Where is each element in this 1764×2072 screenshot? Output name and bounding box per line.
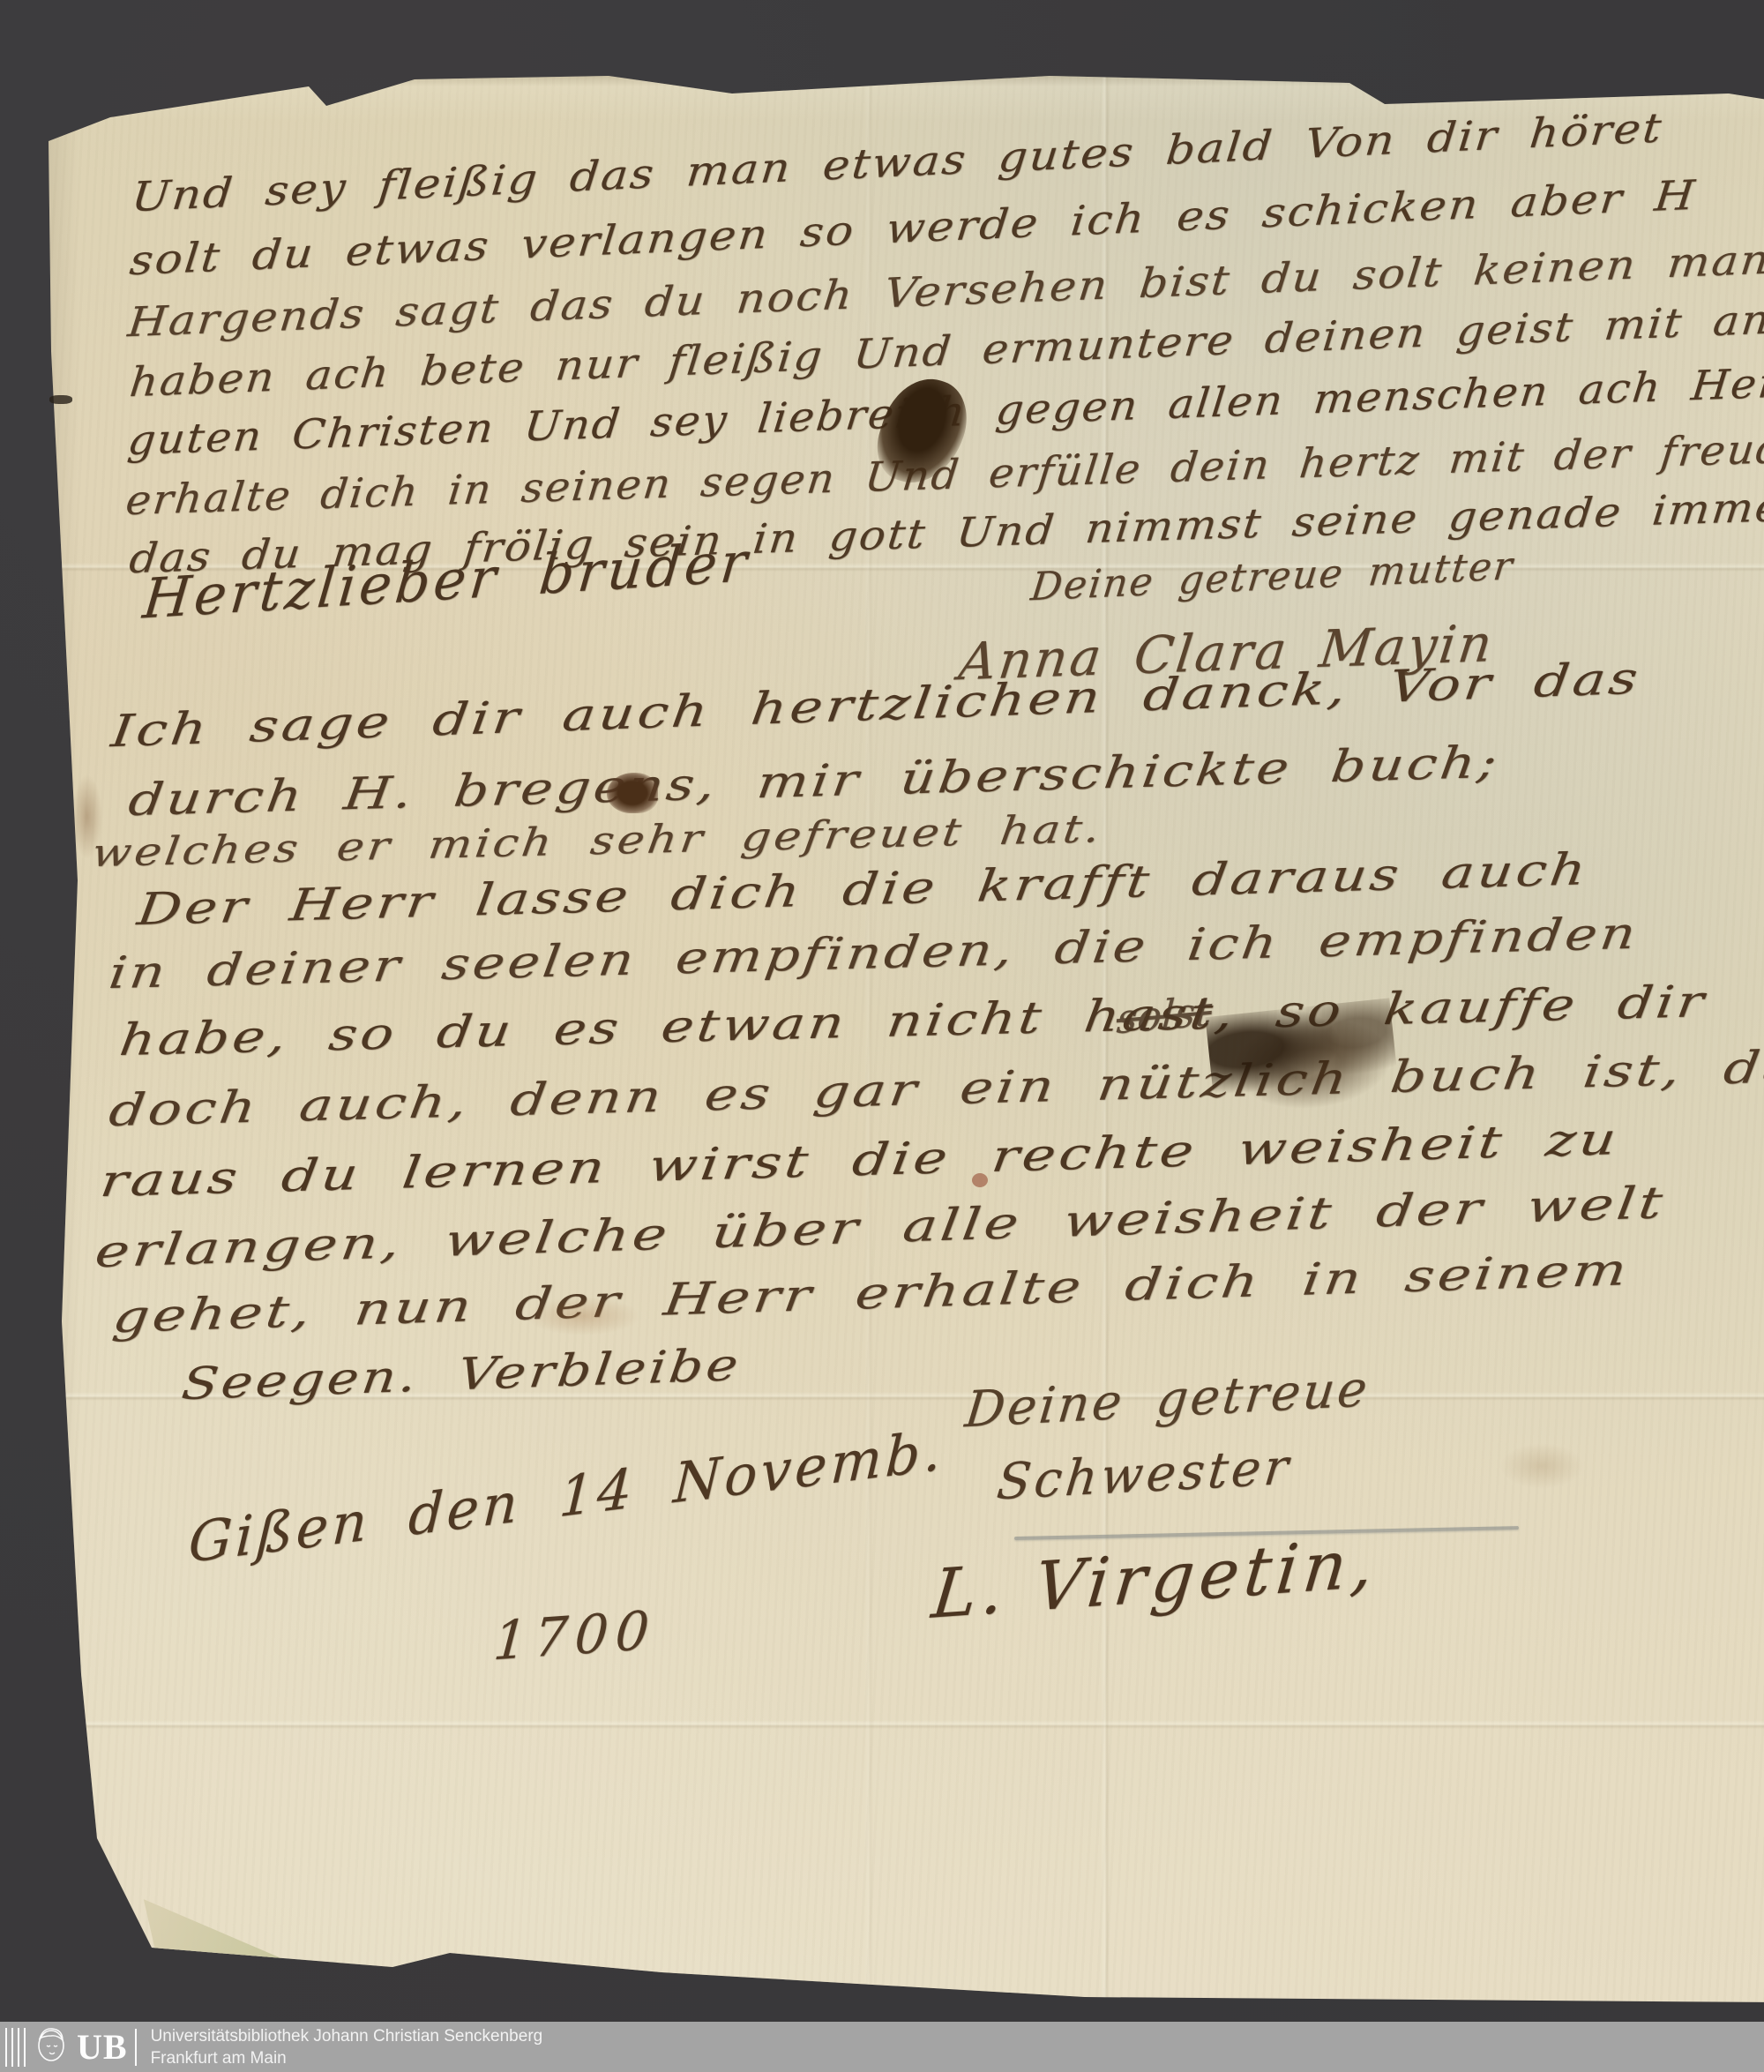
library-name: Universitätsbibliothek Johann Christian … xyxy=(151,2025,543,2047)
crossed-out-word: solst xyxy=(1115,987,1214,1043)
photo-background: Und sey fleißig das man etwas gutes bald… xyxy=(0,0,1764,2072)
fold-crease xyxy=(44,1720,1764,1729)
year: 1700 xyxy=(491,1599,658,1672)
ub-logo: UB xyxy=(77,2030,128,2065)
book-pages-icon xyxy=(5,2028,26,2067)
library-city: Frankfurt am Main xyxy=(151,2047,543,2069)
library-watermark-bar: UB Universitätsbibliothek Johann Christi… xyxy=(0,2022,1764,2072)
logo-divider xyxy=(135,2029,137,2066)
portrait-icon xyxy=(31,2023,71,2071)
